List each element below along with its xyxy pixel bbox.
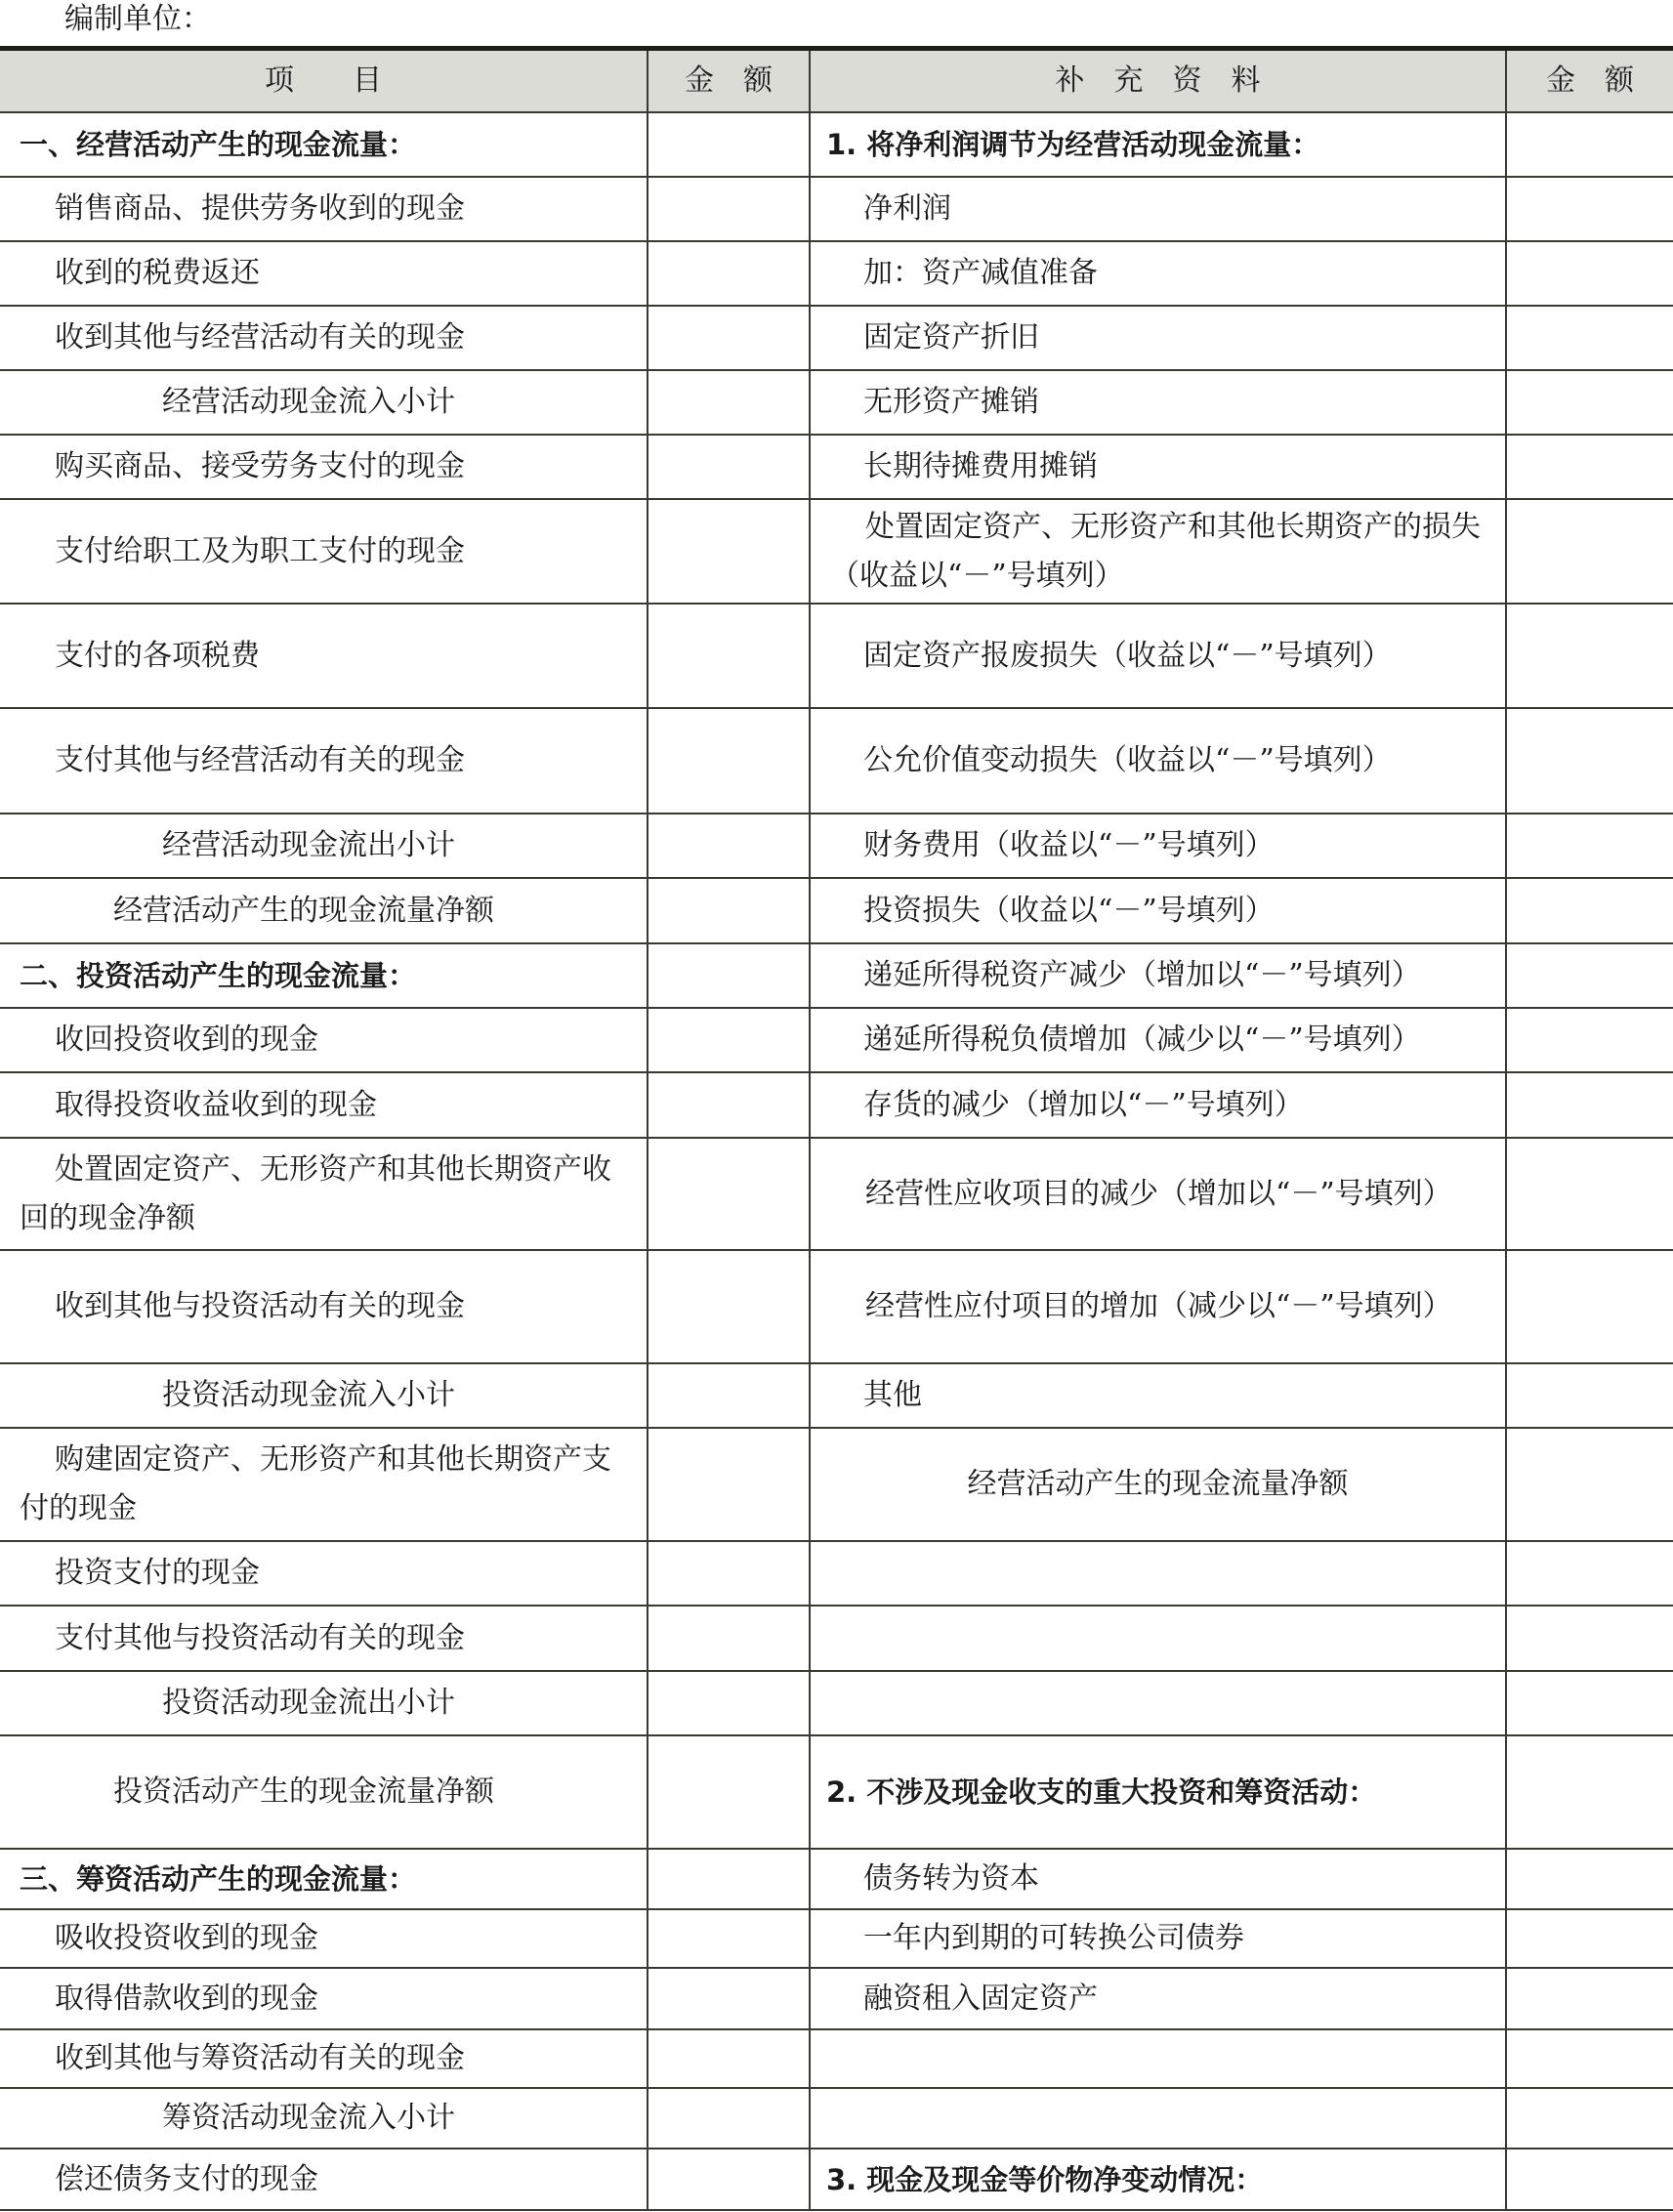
supplement-label: 2. 不涉及现金收支的重大投资和筹资活动： [810,1735,1506,1849]
item-label: 经营活动现金流出小计 [0,814,648,878]
cash-flow-statement-table: 项 目 金 额 补 充 资 料 金 额 一、经营活动产生的现金流量：1. 将净利… [0,46,1673,2211]
item-label: 收到的税费返还 [0,241,648,306]
table-row: 购建固定资产、无形资产和其他长期资产支付的现金经营活动产生的现金流量净额 [0,1428,1673,1541]
amount-cell-left[interactable] [648,1428,810,1541]
table-header-row: 项 目 金 额 补 充 资 料 金 额 [0,49,1673,113]
amount-cell-left[interactable] [648,2029,810,2088]
table-row: 处置固定资产、无形资产和其他长期资产收回的现金净额经营性应收项目的减少（增加以“… [0,1138,1673,1250]
item-label: 收回投资收到的现金 [0,1008,648,1072]
amount-cell-left[interactable] [648,2088,810,2149]
table-row: 筹资活动现金流入小计 [0,2088,1673,2149]
table-row: 一、经营活动产生的现金流量：1. 将净利润调节为经营活动现金流量： [0,112,1673,177]
amount-cell-left[interactable] [648,2149,810,2210]
item-label: 投资活动产生的现金流量净额 [0,1735,648,1849]
item-label: 支付的各项税费 [0,604,648,708]
amount-cell-right[interactable] [1506,1008,1673,1072]
item-label: 偿还债务支付的现金 [0,2149,648,2210]
amount-cell-left[interactable] [648,499,810,604]
table-row: 投资活动产生的现金流量净额2. 不涉及现金收支的重大投资和筹资活动： [0,1735,1673,1849]
column-header-item: 项 目 [0,49,648,113]
amount-cell-left[interactable] [648,878,810,943]
amount-cell-left[interactable] [648,1072,810,1138]
amount-cell-right[interactable] [1506,306,1673,370]
amount-cell-right[interactable] [1506,2149,1673,2210]
table-row: 偿还债务支付的现金3. 现金及现金等价物净变动情况： [0,2149,1673,2210]
amount-cell-left[interactable] [648,1968,810,2029]
supplement-label: 其他 [810,1363,1506,1428]
amount-cell-right[interactable] [1506,177,1673,241]
table-row: 收回投资收到的现金递延所得税负债增加（减少以“－”号填列） [0,1008,1673,1072]
column-header-amount-left: 金 额 [648,49,810,113]
amount-cell-left[interactable] [648,1008,810,1072]
amount-cell-left[interactable] [648,1138,810,1250]
table-row: 三、筹资活动产生的现金流量：债务转为资本 [0,1849,1673,1909]
amount-cell-left[interactable] [648,708,810,814]
amount-cell-right[interactable] [1506,1849,1673,1909]
supplement-label [810,1606,1506,1671]
supplement-label: 长期待摊费用摊销 [810,435,1506,499]
amount-cell-right[interactable] [1506,1735,1673,1849]
supplement-label: 融资租入固定资产 [810,1968,1506,2029]
amount-cell-right[interactable] [1506,499,1673,604]
supplement-label: 无形资产摊销 [810,370,1506,435]
item-label: 三、筹资活动产生的现金流量： [0,1849,648,1909]
table-row: 投资活动现金流出小计 [0,1671,1673,1735]
supplement-label: 固定资产折旧 [810,306,1506,370]
amount-cell-left[interactable] [648,1606,810,1671]
amount-cell-left[interactable] [648,177,810,241]
table-body: 一、经营活动产生的现金流量：1. 将净利润调节为经营活动现金流量：销售商品、提供… [0,112,1673,2210]
amount-cell-left[interactable] [648,943,810,1008]
item-label: 取得借款收到的现金 [0,1968,648,2029]
amount-cell-left[interactable] [648,1909,810,1968]
amount-cell-right[interactable] [1506,1909,1673,1968]
amount-cell-right[interactable] [1506,814,1673,878]
item-label: 处置固定资产、无形资产和其他长期资产收回的现金净额 [0,1138,648,1250]
amount-cell-right[interactable] [1506,1072,1673,1138]
table-row: 销售商品、提供劳务收到的现金净利润 [0,177,1673,241]
supplement-label: 经营性应付项目的增加（减少以“－”号填列） [810,1250,1506,1363]
table-row: 吸收投资收到的现金一年内到期的可转换公司债券 [0,1909,1673,1968]
table-row: 收到其他与经营活动有关的现金固定资产折旧 [0,306,1673,370]
table-row: 二、投资活动产生的现金流量：递延所得税资产减少（增加以“－”号填列） [0,943,1673,1008]
amount-cell-right[interactable] [1506,1541,1673,1606]
supplement-label: 净利润 [810,177,1506,241]
amount-cell-left[interactable] [648,1363,810,1428]
item-label: 吸收投资收到的现金 [0,1909,648,1968]
table-row: 支付给职工及为职工支付的现金处置固定资产、无形资产和其他长期资产的损失（收益以“… [0,499,1673,604]
supplement-label: 加：资产减值准备 [810,241,1506,306]
item-label: 投资支付的现金 [0,1541,648,1606]
item-label: 收到其他与投资活动有关的现金 [0,1250,648,1363]
table-row: 支付其他与经营活动有关的现金公允价值变动损失（收益以“－”号填列） [0,708,1673,814]
table-row: 购买商品、接受劳务支付的现金长期待摊费用摊销 [0,435,1673,499]
amount-cell-left[interactable] [648,604,810,708]
table-row: 取得投资收益收到的现金存货的减少（增加以“－”号填列） [0,1072,1673,1138]
item-label: 一、经营活动产生的现金流量： [0,112,648,177]
supplement-label: 递延所得税资产减少（增加以“－”号填列） [810,943,1506,1008]
supplement-label: 固定资产报废损失（收益以“－”号填列） [810,604,1506,708]
item-label: 取得投资收益收到的现金 [0,1072,648,1138]
column-header-supplement: 补 充 资 料 [810,49,1506,113]
supplement-label: 财务费用（收益以“－”号填列） [810,814,1506,878]
amount-cell-left[interactable] [648,814,810,878]
amount-cell-left[interactable] [648,370,810,435]
supplement-label: 经营性应收项目的减少（增加以“－”号填列） [810,1138,1506,1250]
amount-cell-right[interactable] [1506,878,1673,943]
amount-cell-left[interactable] [648,1735,810,1849]
table-row: 经营活动现金流出小计财务费用（收益以“－”号填列） [0,814,1673,878]
amount-cell-left[interactable] [648,1671,810,1735]
amount-cell-right[interactable] [1506,2029,1673,2088]
amount-cell-left[interactable] [648,1849,810,1909]
amount-cell-right[interactable] [1506,1138,1673,1250]
amount-cell-right[interactable] [1506,604,1673,708]
amount-cell-right[interactable] [1506,112,1673,177]
supplement-label: 处置固定资产、无形资产和其他长期资产的损失（收益以“－”号填列） [810,499,1506,604]
item-label: 销售商品、提供劳务收到的现金 [0,177,648,241]
amount-cell-right[interactable] [1506,1968,1673,2029]
supplement-label: 1. 将净利润调节为经营活动现金流量： [810,112,1506,177]
amount-cell-left[interactable] [648,435,810,499]
amount-cell-right[interactable] [1506,708,1673,814]
amount-cell-right[interactable] [1506,1428,1673,1541]
supplement-label: 债务转为资本 [810,1849,1506,1909]
table-row: 经营活动现金流入小计无形资产摊销 [0,370,1673,435]
supplement-label [810,1671,1506,1735]
supplement-label: 一年内到期的可转换公司债券 [810,1909,1506,1968]
preparer-unit-label: 编制单位： [64,0,211,43]
supplement-label [810,2029,1506,2088]
column-header-amount-right: 金 额 [1506,49,1673,113]
table-row: 投资活动现金流入小计其他 [0,1363,1673,1428]
item-label: 购建固定资产、无形资产和其他长期资产支付的现金 [0,1428,648,1541]
supplement-label: 递延所得税负债增加（减少以“－”号填列） [810,1008,1506,1072]
item-label: 经营活动产生的现金流量净额 [0,878,648,943]
supplement-label [810,2088,1506,2149]
item-label: 支付其他与投资活动有关的现金 [0,1606,648,1671]
amount-cell-right[interactable] [1506,241,1673,306]
table-row: 收到其他与筹资活动有关的现金 [0,2029,1673,2088]
supplement-label: 存货的减少（增加以“－”号填列） [810,1072,1506,1138]
supplement-label: 经营活动产生的现金流量净额 [810,1428,1506,1541]
table-row: 取得借款收到的现金融资租入固定资产 [0,1968,1673,2029]
amount-cell-right[interactable] [1506,1250,1673,1363]
amount-cell-left[interactable] [648,241,810,306]
item-label: 支付其他与经营活动有关的现金 [0,708,648,814]
amount-cell-right[interactable] [1506,1363,1673,1428]
item-label: 收到其他与筹资活动有关的现金 [0,2029,648,2088]
amount-cell-right[interactable] [1506,943,1673,1008]
amount-cell-right[interactable] [1506,435,1673,499]
item-label: 二、投资活动产生的现金流量： [0,943,648,1008]
item-label: 投资活动现金流出小计 [0,1671,648,1735]
amount-cell-left[interactable] [648,112,810,177]
item-label: 购买商品、接受劳务支付的现金 [0,435,648,499]
amount-cell-left[interactable] [648,1250,810,1363]
supplement-label: 公允价值变动损失（收益以“－”号填列） [810,708,1506,814]
amount-cell-right[interactable] [1506,2088,1673,2149]
supplement-label: 3. 现金及现金等价物净变动情况： [810,2149,1506,2210]
table-row: 支付其他与投资活动有关的现金 [0,1606,1673,1671]
supplement-label [810,1541,1506,1606]
amount-cell-left[interactable] [648,306,810,370]
amount-cell-left[interactable] [648,1541,810,1606]
item-label: 筹资活动现金流入小计 [0,2088,648,2149]
table-row: 经营活动产生的现金流量净额投资损失（收益以“－”号填列） [0,878,1673,943]
item-label: 经营活动现金流入小计 [0,370,648,435]
table-row: 投资支付的现金 [0,1541,1673,1606]
item-label: 支付给职工及为职工支付的现金 [0,499,648,604]
item-label: 收到其他与经营活动有关的现金 [0,306,648,370]
table-row: 支付的各项税费固定资产报废损失（收益以“－”号填列） [0,604,1673,708]
supplement-label: 投资损失（收益以“－”号填列） [810,878,1506,943]
amount-cell-right[interactable] [1506,1606,1673,1671]
amount-cell-right[interactable] [1506,1671,1673,1735]
amount-cell-right[interactable] [1506,370,1673,435]
table-row: 收到其他与投资活动有关的现金经营性应付项目的增加（减少以“－”号填列） [0,1250,1673,1363]
table-row: 收到的税费返还加：资产减值准备 [0,241,1673,306]
item-label: 投资活动现金流入小计 [0,1363,648,1428]
